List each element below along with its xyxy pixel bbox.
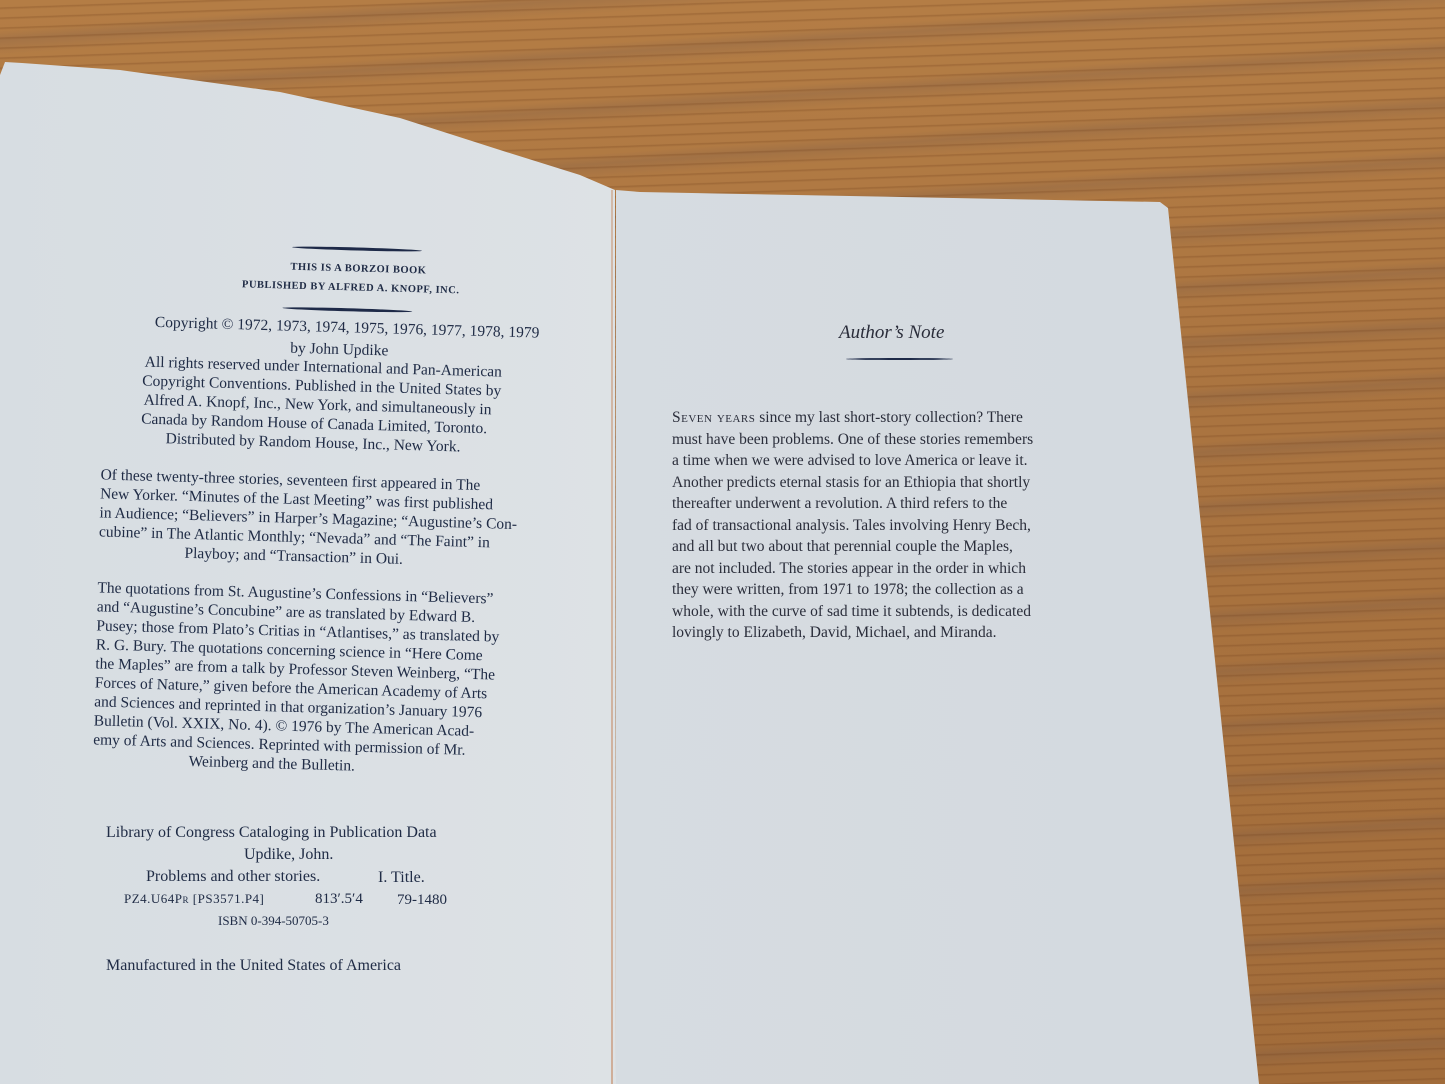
note-line: must have been problems. One of these st… (672, 431, 1033, 449)
cip-title: Problems and other stories. (146, 868, 320, 886)
book-gutter (611, 190, 613, 1084)
note-line-text: since my last short-story collection? Th… (755, 409, 1022, 426)
cip-dewey: 813′.5′4 (315, 891, 363, 908)
note-line: whole, with the curve of sad time it sub… (672, 603, 1031, 621)
cip-lccn: 79-1480 (397, 892, 447, 909)
cip-call-number: PZ4.U64Pr [PS3571.P4] (124, 891, 264, 907)
note-line: they were written, from 1971 to 1978; th… (672, 581, 1024, 599)
authors-note-title: Author’s Note (839, 322, 944, 344)
note-line: Another predicts eternal stasis for an E… (672, 474, 1030, 492)
title-rule (846, 358, 953, 360)
lead-smallcaps: Seven years (672, 409, 755, 426)
manufactured-line: Manufactured in the United States of Ame… (106, 957, 401, 975)
note-line: Seven years since my last short-story co… (672, 409, 1023, 427)
cip-author: Updike, John. (244, 846, 333, 864)
cip-heading: Library of Congress Cataloging in Public… (106, 824, 437, 842)
cip-title-entry: I. Title. (378, 869, 425, 887)
cip-isbn: ISBN 0-394-50705-3 (218, 913, 329, 929)
note-line: a time when we were advised to love Amer… (672, 452, 1028, 470)
note-line: and all but two about that perennial cou… (672, 538, 1013, 556)
note-line: thereafter underwent a revolution. A thi… (672, 495, 1007, 513)
note-line: fad of transactional analysis. Tales inv… (672, 517, 1031, 535)
note-line: lovingly to Elizabeth, David, Michael, a… (672, 624, 997, 642)
note-line: are not included. The stories appear in … (672, 560, 1026, 578)
